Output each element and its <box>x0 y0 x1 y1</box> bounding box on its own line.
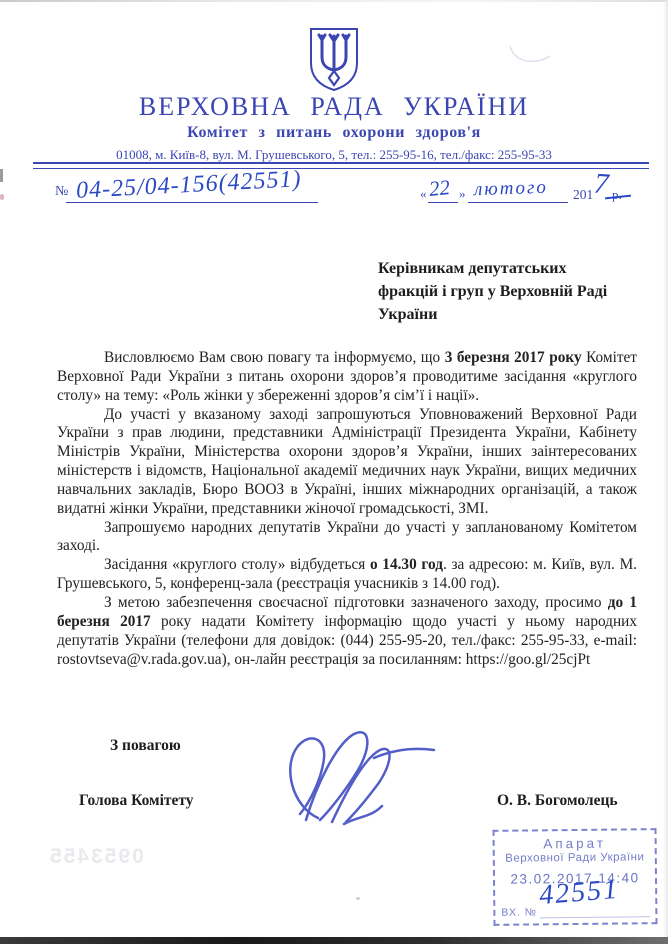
scan-dust <box>356 897 360 900</box>
paragraph-text: Висловлюємо Вам свою повагу та інформуєм… <box>104 349 445 366</box>
organization-title: ВЕРХОВНА РАДА УКРАЇНИ <box>0 92 668 122</box>
closing-salutation: З повагою <box>110 737 181 755</box>
stamp-dotted-line <box>540 915 649 918</box>
ink-bleedthrough-digits: 0953455 <box>48 845 144 869</box>
signature-scribble <box>258 720 443 837</box>
body-paragraph: Запрошуємо народних депутатів України до… <box>57 519 637 557</box>
paragraph-text: З метою забезпечення своєчасної підготов… <box>104 594 608 611</box>
date-year-printed: 201 <box>573 187 593 203</box>
committee-name: Комітет з питань охорони здоров'я <box>0 124 668 142</box>
ukraine-trident-emblem-icon <box>303 26 365 99</box>
stamp-org-line1: Апарат <box>495 835 655 852</box>
addressee-line: фракцій і груп у Верховній Раді <box>378 280 638 303</box>
date-day-handwritten: 22 <box>428 175 451 202</box>
scanned-letter-page: ВЕРХОВНА РАДА УКРАЇНИ Комітет з питань о… <box>0 0 668 944</box>
addressee-block: Керівникам депутатських фракцій і груп у… <box>378 257 638 326</box>
body-paragraph: До участі у вказаному заході запрошуютьс… <box>57 406 637 519</box>
date-quote-open: « <box>420 186 427 202</box>
pen-mark-artifact <box>506 42 556 75</box>
signer-name: О. В. Богомолець <box>497 792 618 810</box>
scan-edge-top <box>0 0 668 2</box>
date-quote-close: » <box>459 186 466 202</box>
contact-address-line: 01008, м. Київ-8, вул. М. Грушевського, … <box>0 147 668 163</box>
doc-number-handwritten: 04-25/04-156(42551) <box>75 166 302 205</box>
date-month-underline <box>468 202 568 203</box>
stamp-org-line2: Верховної Ради України <box>495 851 655 865</box>
paragraph-bold-text: 3 березня 2017 року <box>445 349 582 366</box>
signer-position: Голова Комітету <box>79 792 194 810</box>
header-divider <box>33 162 649 169</box>
doc-number-label: № <box>55 184 68 200</box>
paragraph-bold-text: о 14.30 год <box>370 556 443 573</box>
date-month-handwritten: лютого <box>474 177 549 202</box>
scan-speck <box>0 194 4 200</box>
letter-body: Висловлюємо Вам свою повагу та інформуєм… <box>57 349 637 669</box>
scan-edge-bottom <box>0 937 668 944</box>
paragraph-text: Засідання «круглого столу» відбудеться <box>104 556 370 573</box>
addressee-line: Керівникам депутатських <box>378 257 638 280</box>
body-paragraph: Висловлюємо Вам свою повагу та інформуєм… <box>57 349 637 406</box>
body-paragraph: З метою забезпечення своєчасної підготов… <box>57 594 637 669</box>
body-paragraph: Засідання «круглого столу» відбудеться о… <box>57 556 637 594</box>
addressee-line: України <box>378 303 638 326</box>
date-day-underline <box>428 202 458 203</box>
stamp-reg-number-handwritten: 42551 <box>538 874 620 912</box>
scan-speck <box>0 169 3 182</box>
registration-stamp: Апарат Верховної Ради України 23.02.2017… <box>493 828 658 926</box>
stamp-reg-label: ВХ. № <box>501 906 537 918</box>
